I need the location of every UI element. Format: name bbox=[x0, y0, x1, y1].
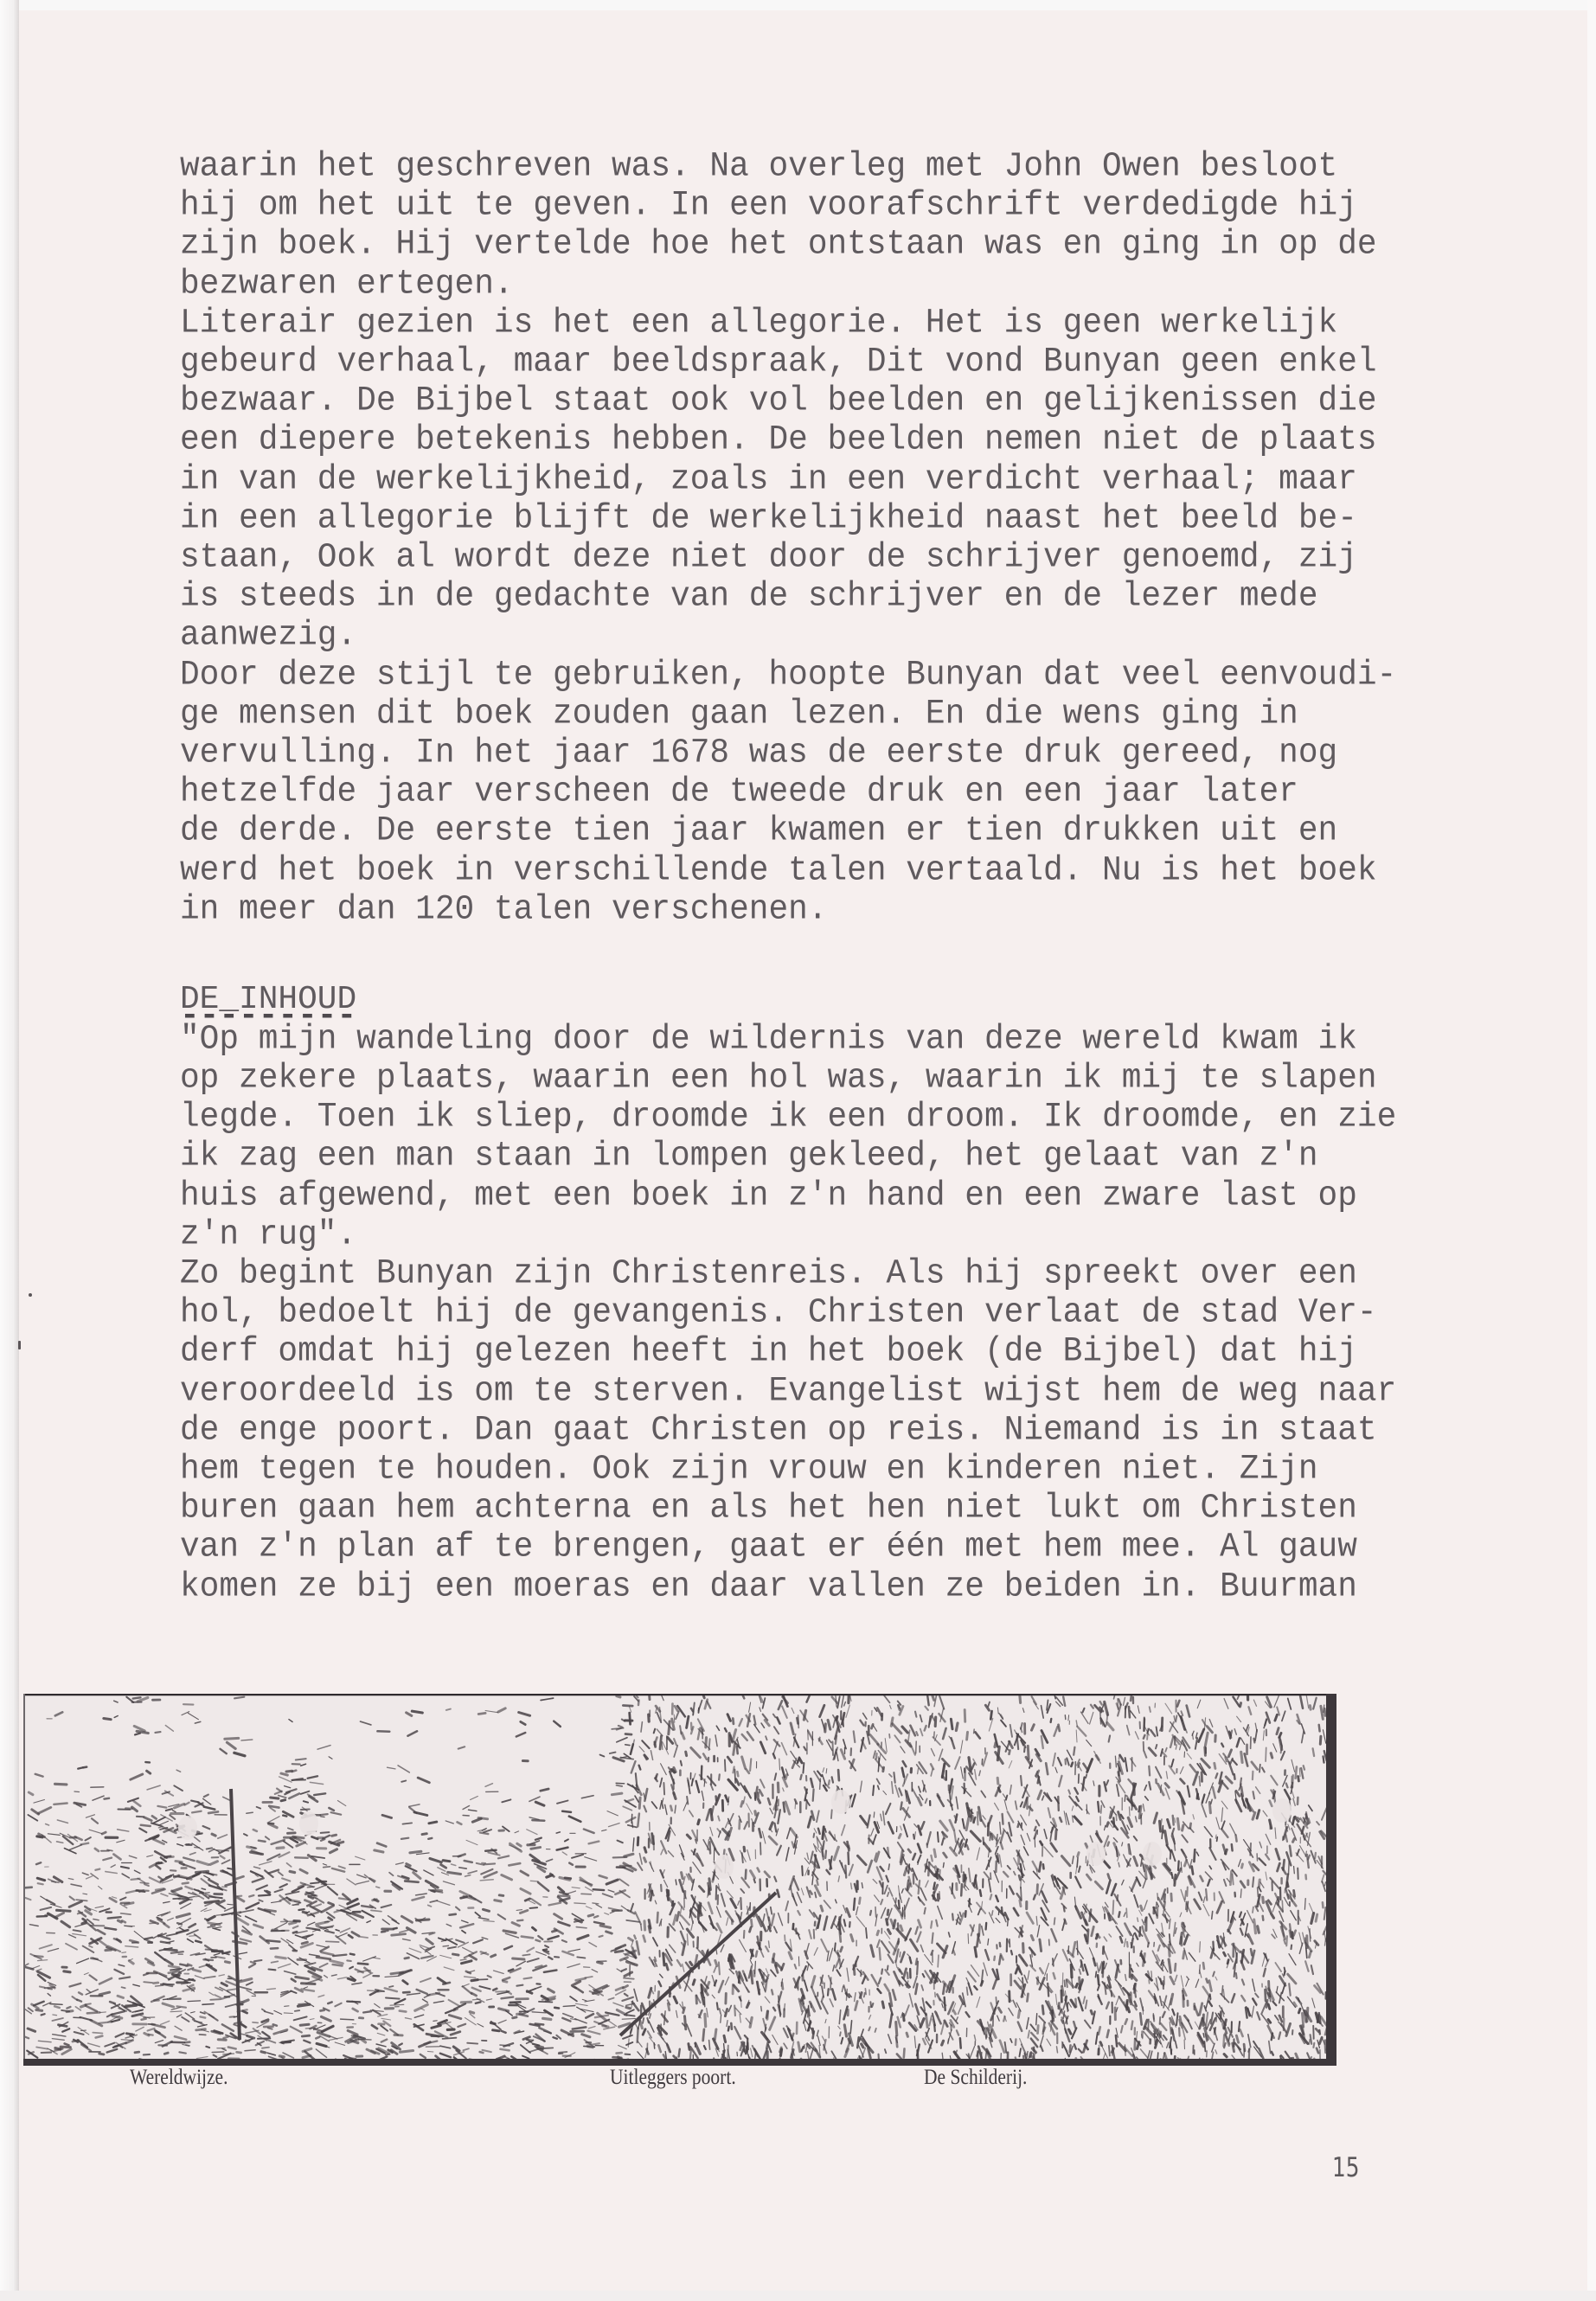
text-line: z'n rug". bbox=[180, 1215, 356, 1256]
text-line: in meer dan 120 talen verschenen. bbox=[180, 890, 828, 931]
text-line: Door deze stijl te gebruiken, hoopte Bun… bbox=[180, 655, 1396, 695]
text-line: legde. Toen ik sliep, droomde ik een dro… bbox=[180, 1098, 1396, 1138]
caption-de-schilderij: De Schilderij. bbox=[924, 2066, 1027, 2090]
body-text: waarin het geschreven was. Na overleg me… bbox=[180, 0, 1408, 254]
text-line: ik zag een man staan in lompen gekleed, … bbox=[180, 1137, 1318, 1177]
engraving-image bbox=[23, 1694, 1336, 2066]
text-line: vervulling. In het jaar 1678 was de eers… bbox=[180, 734, 1337, 774]
text-line: aanwezig. bbox=[180, 616, 356, 657]
caption-wereldwijze: Wereldwijze. bbox=[130, 2066, 228, 2090]
scan-right-edge bbox=[1587, 0, 1596, 2301]
text-line: Zo begint Bunyan zijn Christenreis. Als … bbox=[180, 1254, 1357, 1295]
text-line: in van de werkelijkheid, zoals in een ve… bbox=[180, 459, 1357, 500]
scan-left-edge bbox=[0, 0, 19, 2301]
page-number: 15 bbox=[1332, 2152, 1360, 2183]
text-line: huis afgewend, met een boek in z'n hand … bbox=[180, 1176, 1357, 1216]
text-line: staan, Ook al wordt deze niet door de sc… bbox=[180, 538, 1357, 579]
scan-speck bbox=[29, 1293, 32, 1297]
text-line: de derde. De eerste tien jaar kwamen er … bbox=[180, 811, 1337, 852]
illustration-engraving bbox=[23, 1694, 1336, 2066]
text-line: van z'n plan af te brengen, gaat er één … bbox=[180, 1528, 1357, 1568]
text-line: hij om het uit te geven. In een voorafsc… bbox=[180, 186, 1357, 227]
text-line: waarin het geschreven was. Na overleg me… bbox=[180, 147, 1337, 188]
text-line: in een allegorie blijft de werkelijkheid… bbox=[180, 499, 1357, 540]
text-line: buren gaan hem achterna en als het hen n… bbox=[180, 1489, 1357, 1529]
text-line: veroordeeld is om te sterven. Evangelist… bbox=[180, 1371, 1396, 1412]
scan-bottom-edge bbox=[0, 2291, 1596, 2301]
text-line: hetzelfde jaar verscheen de tweede druk … bbox=[180, 772, 1298, 813]
text-line: bezwaar. De Bijbel staat ook vol beelden… bbox=[180, 381, 1377, 422]
text-line: de enge poort. Dan gaat Christen op reis… bbox=[180, 1411, 1377, 1452]
text-line: is steeds in de gedachte van de schrijve… bbox=[180, 577, 1318, 618]
caption-uitleggers-poort: Uitleggers poort. bbox=[610, 2066, 736, 2090]
text-line: op zekere plaats, waarin een hol was, wa… bbox=[180, 1059, 1377, 1099]
text-line: hol, bedoelt hij de gevangenis. Christen… bbox=[180, 1293, 1377, 1334]
text-line: derf omdat hij gelezen heeft in het boek… bbox=[180, 1332, 1357, 1373]
text-line: komen ze bij een moeras en daar vallen z… bbox=[180, 1567, 1357, 1607]
text-line: een diepere betekenis hebben. De beelden… bbox=[180, 420, 1377, 461]
text-line: hem tegen te houden. Ook zijn vrouw en k… bbox=[180, 1450, 1318, 1490]
text-line: Literair gezien is het een allegorie. He… bbox=[180, 304, 1337, 344]
text-line: gebeurd verhaal, maar beeldspraak, Dit v… bbox=[180, 343, 1377, 383]
text-line: zijn boek. Hij vertelde hoe het ontstaan… bbox=[180, 225, 1377, 266]
text-line: ge mensen dit boek zouden gaan lezen. En… bbox=[180, 695, 1298, 735]
text-line: werd het boek in verschillende talen ver… bbox=[180, 850, 1377, 891]
scan-speck bbox=[18, 1341, 21, 1349]
text-line: "Op mijn wandeling door de wildernis van… bbox=[180, 1020, 1357, 1061]
text-line: bezwaren ertegen. bbox=[180, 264, 514, 304]
